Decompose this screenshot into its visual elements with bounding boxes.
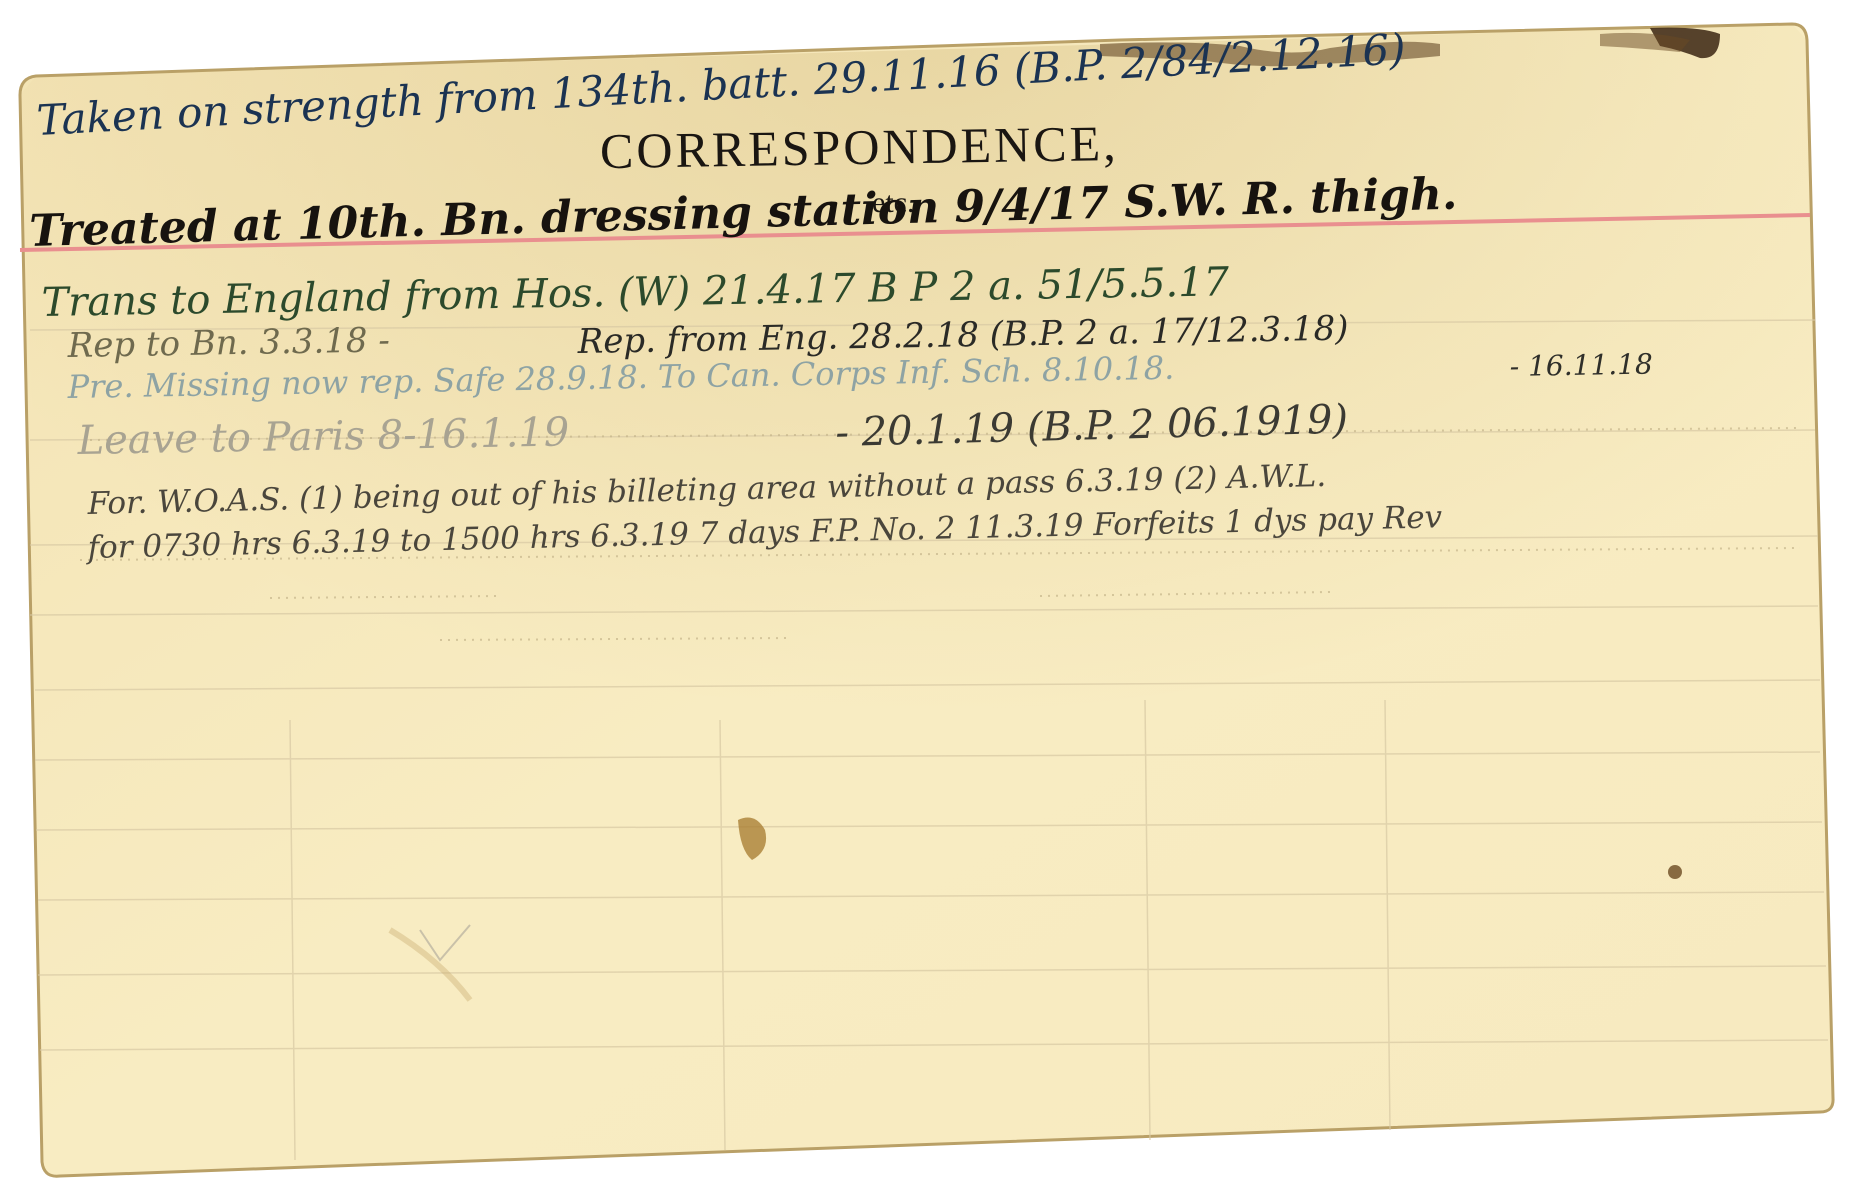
card-paper [0, 0, 1858, 1200]
entry-leave-to-paris: Leave to Paris 8-16.1.19 [77, 409, 569, 464]
entry-rep-to-bn: Rep to Bn. 3.3.18 - [67, 320, 390, 366]
printed-heading: CORRESPONDENCE, [600, 114, 1120, 180]
entry-pre-missing-end: - 16.11.18 [1509, 348, 1653, 383]
record-card: CORRESPONDENCE, etc. Taken on strength f… [0, 0, 1858, 1200]
